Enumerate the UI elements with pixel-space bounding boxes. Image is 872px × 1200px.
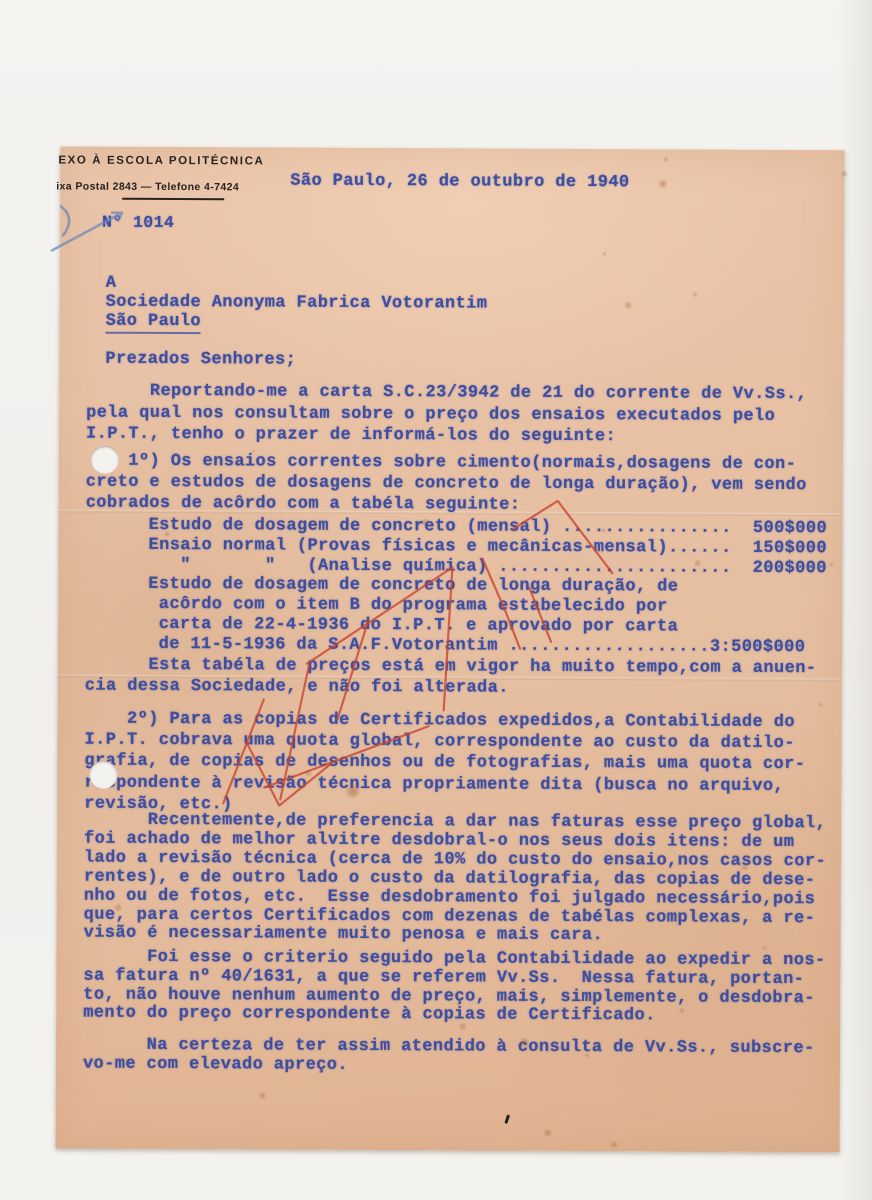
letter-paper: EXO À ESCOLA POLITÉCNICA ixa Postal 2843… bbox=[56, 146, 845, 1152]
scanned-letter-page: { "document_type": "typewritten letter, … bbox=[0, 0, 872, 1200]
blue-pencil-mark bbox=[56, 146, 845, 1152]
